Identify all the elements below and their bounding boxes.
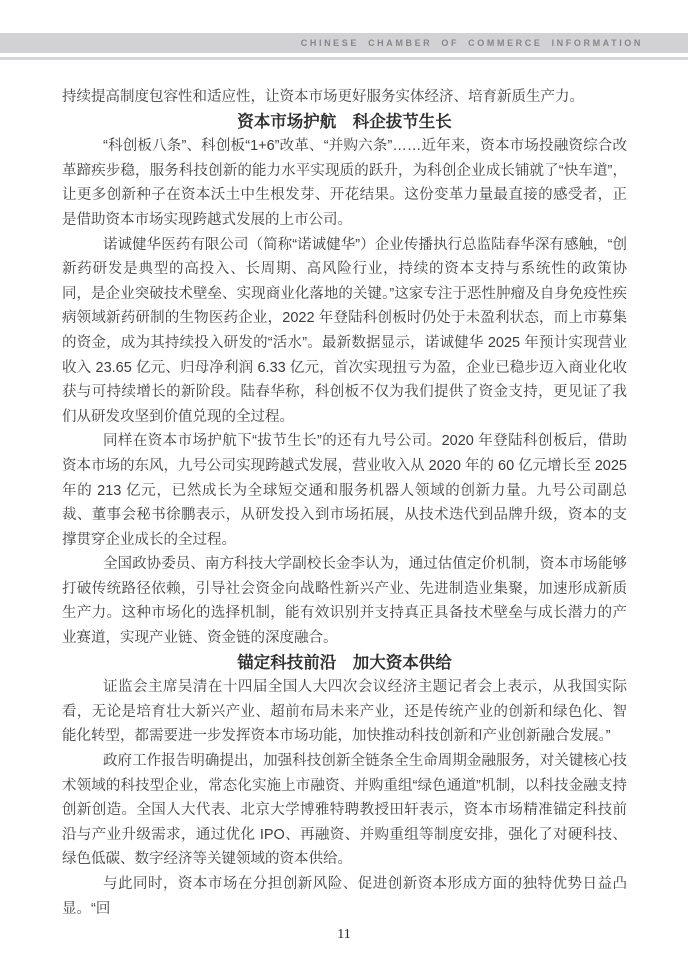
paragraph: 诺诚健华医药有限公司（简称“诺诚健华”）企业传播执行总监陆春华深有感触，“创新药… [62,233,627,430]
article-body: 持续提高制度包容性和适应性，让资本市场更好服务实体经济、培育新质生产力。 资本市… [62,85,627,921]
paragraph: 证监会主席吴清在十四届全国人大四次会议经济主题记者会上表示，从我国实际看，无论是… [62,675,627,749]
journal-header-text: CHINESE CHAMBER OF COMMERCE INFORMATION [301,38,643,48]
paragraph: 同样在资本市场护航下“拔节生长”的还有九号公司。2020 年登陆科创板后，借助资… [62,429,627,552]
document-page: CHINESE CHAMBER OF COMMERCE INFORMATION … [0,0,688,971]
section-heading-1: 资本市场护航 科企拔节生长 [62,110,627,135]
section-heading-2: 锚定科技前沿 加大资本供给 [62,651,627,676]
paragraph-intro: 持续提高制度包容性和适应性，让资本市场更好服务实体经济、培育新质生产力。 [62,85,627,110]
header-band: CHINESE CHAMBER OF COMMERCE INFORMATION [0,33,688,53]
paragraph: 与此同时，资本市场在分担创新风险、促进创新资本形成方面的独特优势日益凸显。“回 [62,872,627,921]
paragraph: 全国政协委员、南方科技大学副校长金李认为，通过估值定价机制，资本市场能够打破传统… [62,552,627,650]
header-rule [0,57,688,60]
paragraph: “科创板八条”、科创板“1+6”改革、“并购六条”……近年来，资本市场投融资综合… [62,134,627,232]
page-number: 11 [0,925,688,945]
paragraph: 政府工作报告明确提出，加强科技创新全链条全生命周期金融服务，对关键核心技术领域的… [62,749,627,872]
